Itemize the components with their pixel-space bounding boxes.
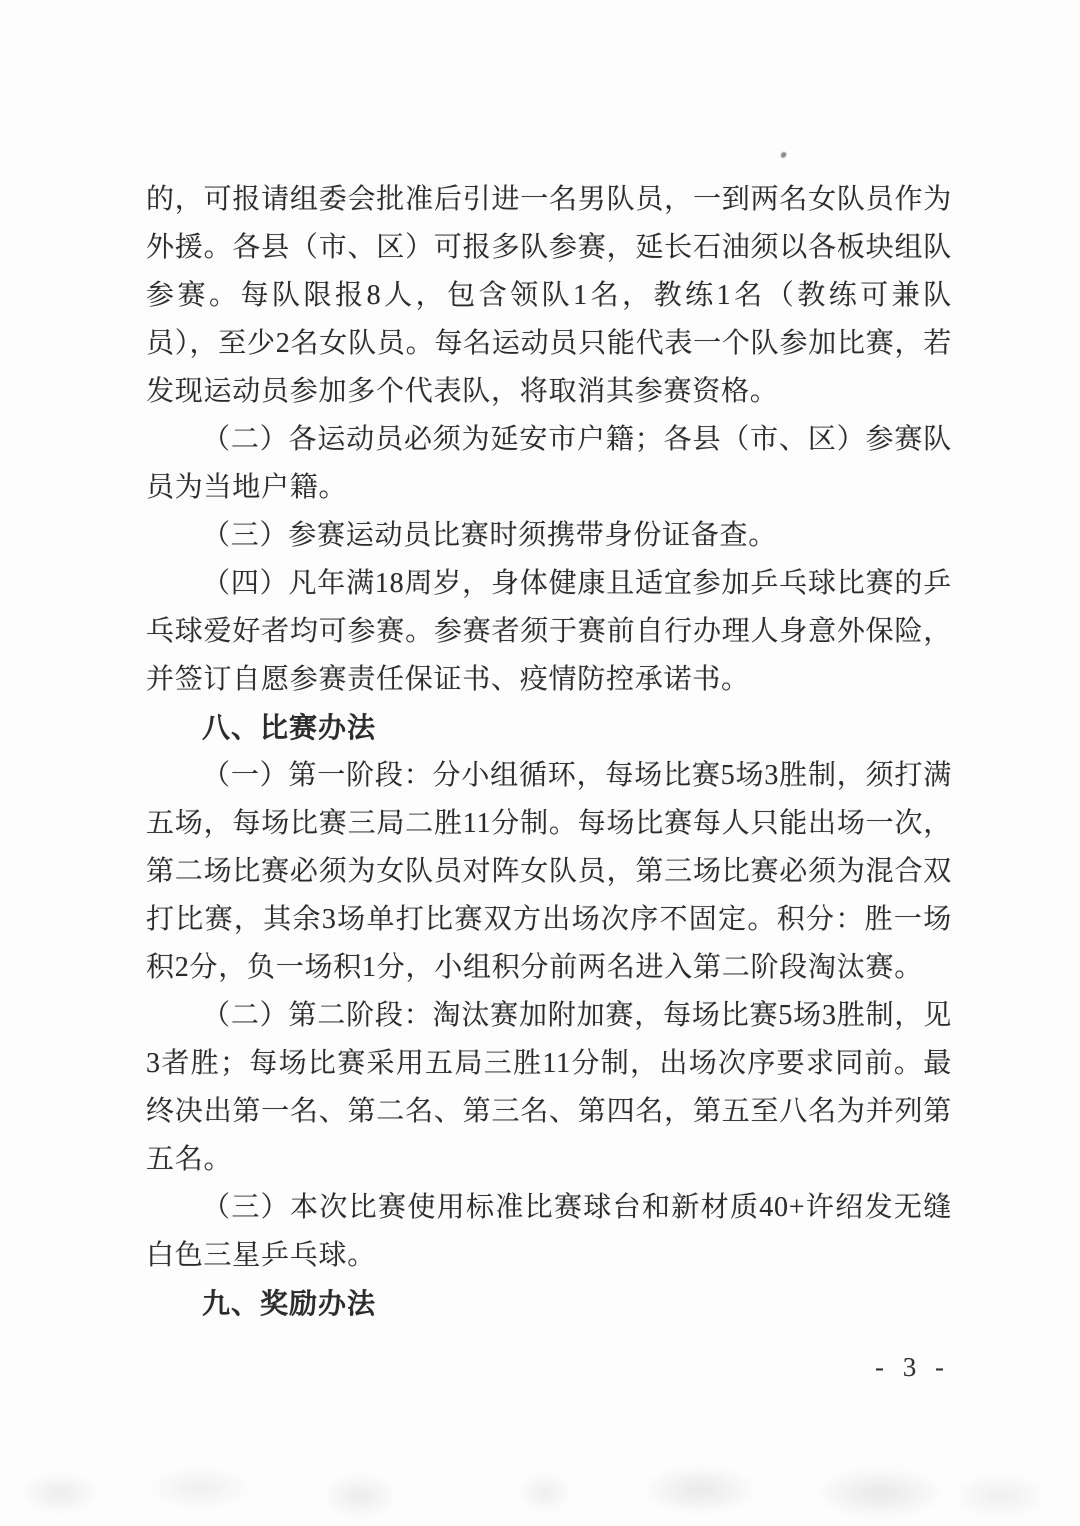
section-heading: 九、奖励办法 bbox=[146, 1280, 952, 1328]
paragraph: （二）第二阶段：淘汰赛加附加赛，每场比赛5场3胜制，见3者胜；每场比赛采用五局三… bbox=[146, 992, 952, 1184]
paragraph: （一）第一阶段：分小组循环，每场比赛5场3胜制，须打满五场，每场比赛三局二胜11… bbox=[146, 752, 952, 992]
paragraph: （三）本次比赛使用标准比赛球台和新材质40+许绍发无缝白色三星乒乓球。 bbox=[146, 1184, 952, 1280]
paragraph: 的，可报请组委会批准后引进一名男队员，一到两名女队员作为外援。各县（市、区）可报… bbox=[146, 176, 952, 416]
paragraph: （三）参赛运动员比赛时须携带身份证备查。 bbox=[146, 512, 952, 560]
section-heading: 八、比赛办法 bbox=[146, 704, 952, 752]
paragraph: （二）各运动员必须为延安市户籍；各县（市、区）参赛队员为当地户籍。 bbox=[146, 416, 952, 512]
document-page: 的，可报请组委会批准后引进一名男队员，一到两名女队员作为外援。各县（市、区）可报… bbox=[0, 0, 1080, 1526]
paragraph: （四）凡年满18周岁，身体健康且适宜参加乒乓球比赛的乒乓球爱好者均可参赛。参赛者… bbox=[146, 560, 952, 704]
document-body: 的，可报请组委会批准后引进一名男队员，一到两名女队员作为外援。各县（市、区）可报… bbox=[146, 176, 952, 1328]
page-number: - 3 - bbox=[875, 1352, 950, 1383]
scan-noise-strip bbox=[0, 1438, 1080, 1526]
scan-speck bbox=[780, 151, 787, 159]
